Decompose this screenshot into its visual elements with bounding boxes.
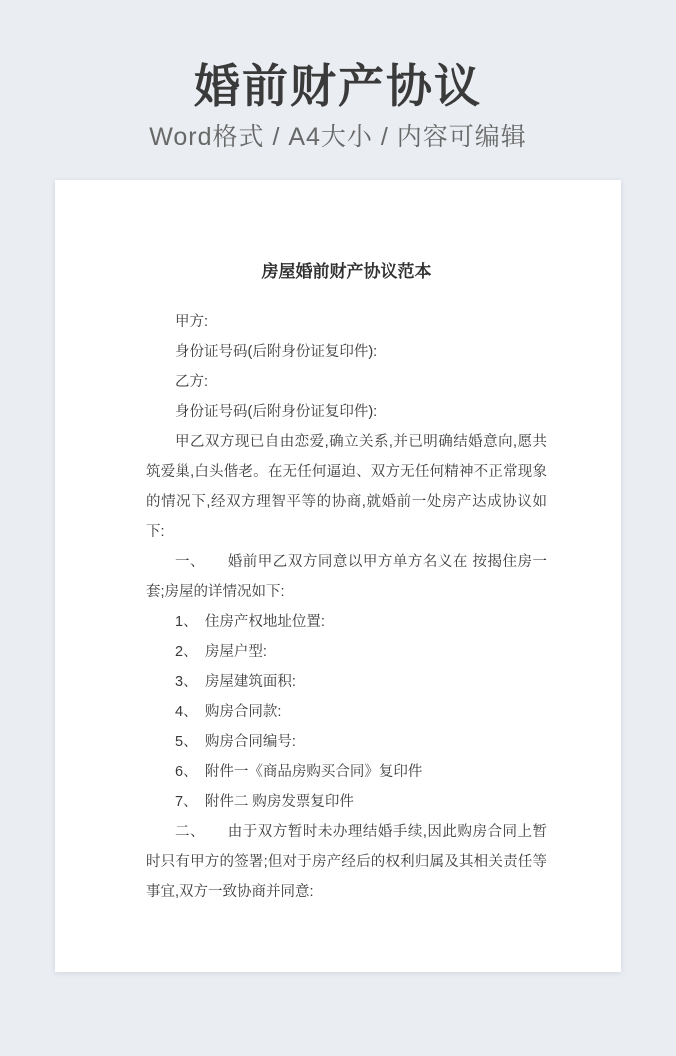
doc-list-item-1: 1、 住房产权地址位置: (146, 607, 547, 637)
doc-paragraph-preamble: 甲乙双方现已自由恋爱,确立关系,并已明确结婚意向,愿共筑爱巢,白头偕老。在无任何… (146, 427, 547, 547)
document-page: 房屋婚前财产协议范本 甲方: 身份证号码(后附身份证复印件): 乙方: 身份证号… (55, 180, 621, 972)
banner-subtitle: Word格式 / A4大小 / 内容可编辑 (0, 122, 676, 152)
doc-list-item-6: 6、 附件一《商品房购买合同》复印件 (146, 757, 547, 787)
doc-list-item-2: 2、 房屋户型: (146, 637, 547, 667)
doc-paragraph-party-b: 乙方: (146, 367, 547, 397)
doc-paragraph-clause-2: 二、 由于双方暂时未办理结婚手续,因此购房合同上暂时只有甲方的签署;但对于房产经… (146, 817, 547, 907)
doc-paragraph-party-a: 甲方: (146, 307, 547, 337)
doc-list-item-3: 3、 房屋建筑面积: (146, 667, 547, 697)
document-title: 房屋婚前财产协议范本 (146, 260, 547, 284)
doc-paragraph-id-a: 身份证号码(后附身份证复印件): (146, 337, 547, 367)
document-body: 甲方: 身份证号码(后附身份证复印件): 乙方: 身份证号码(后附身份证复印件)… (146, 307, 547, 907)
doc-paragraph-clause-1: 一、 婚前甲乙双方同意以甲方单方名义在 按揭住房一套;房屋的详情况如下: (146, 547, 547, 607)
doc-paragraph-id-b: 身份证号码(后附身份证复印件): (146, 397, 547, 427)
doc-list-item-4: 4、 购房合同款: (146, 697, 547, 727)
doc-list-item-7: 7、 附件二 购房发票复印件 (146, 787, 547, 817)
promo-banner: 婚前财产协议 Word格式 / A4大小 / 内容可编辑 (0, 0, 676, 152)
banner-title: 婚前财产协议 (0, 60, 676, 113)
doc-list-item-5: 5、 购房合同编号: (146, 727, 547, 757)
